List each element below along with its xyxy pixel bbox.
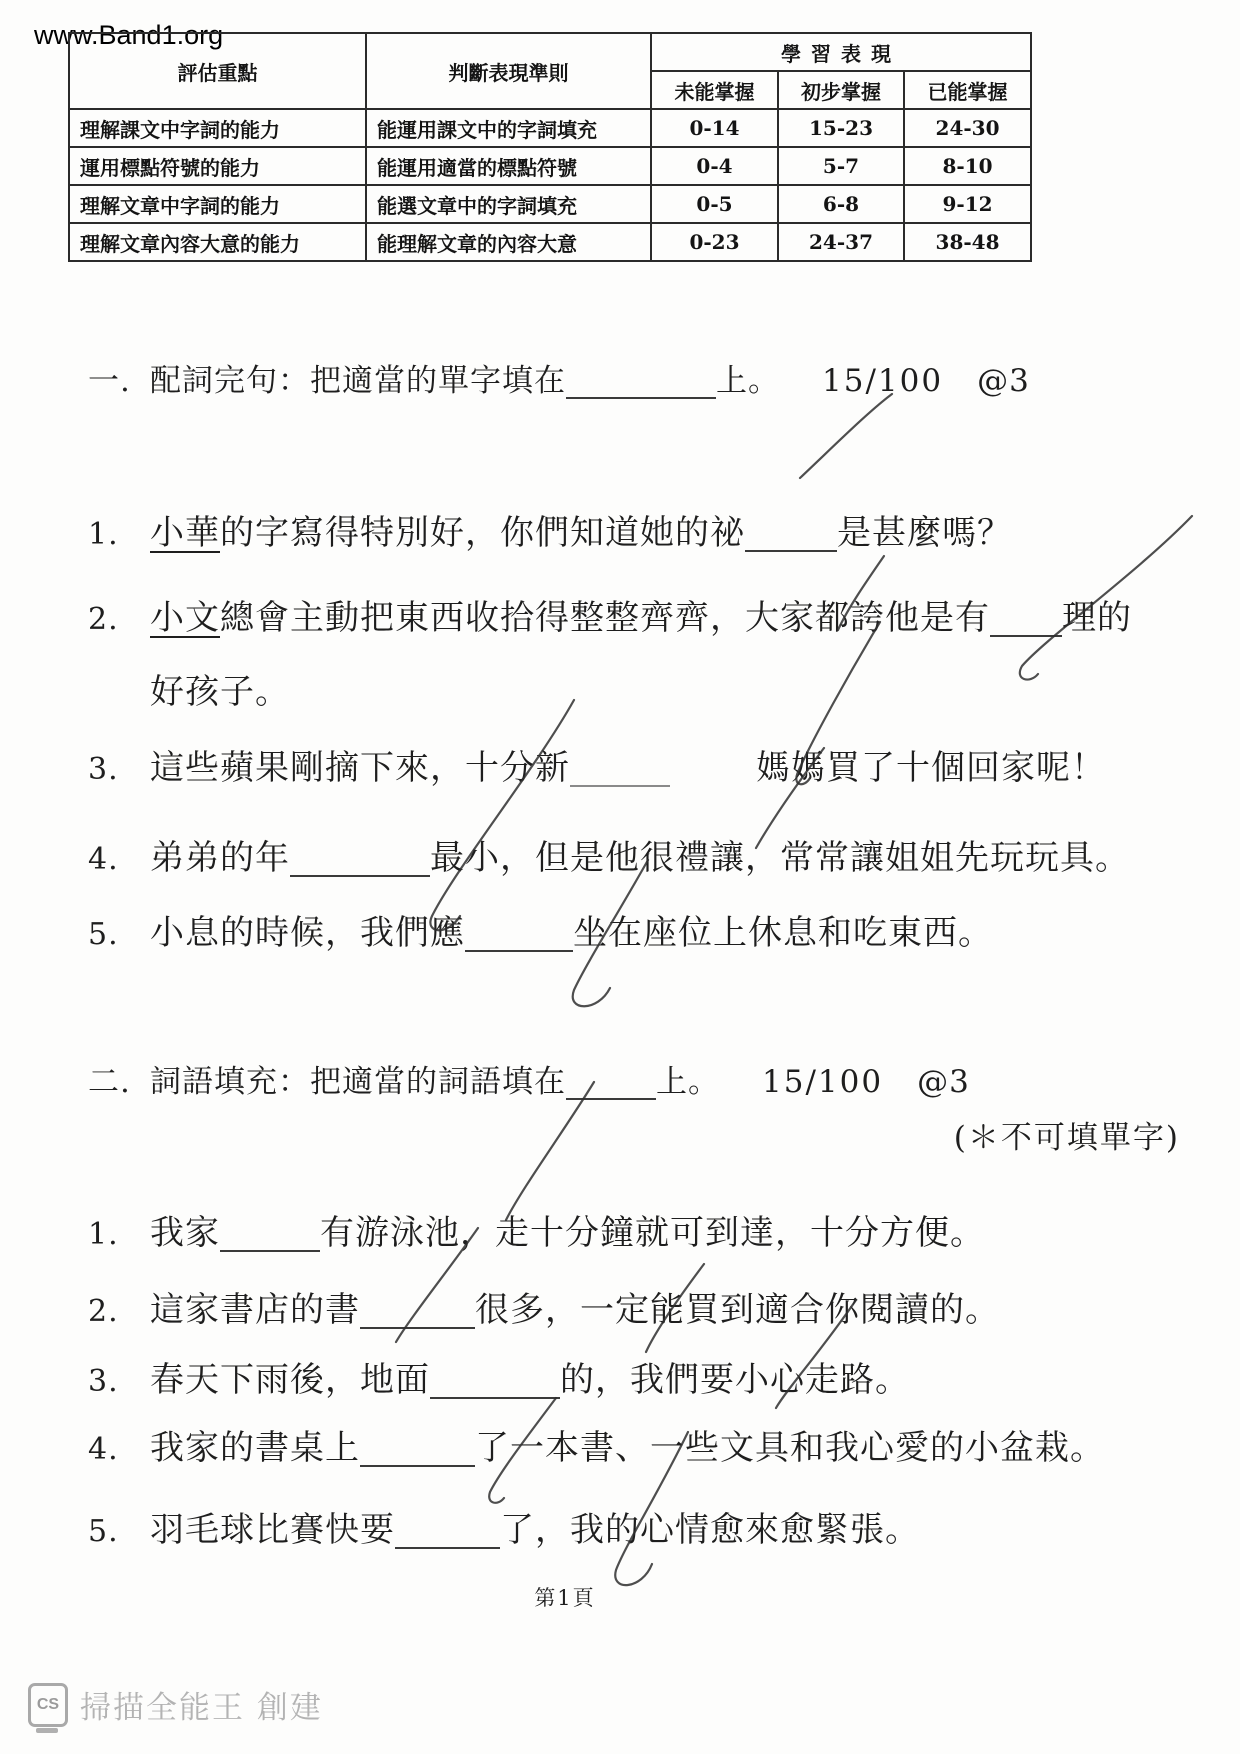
section-title: 配詞完句：把適當的單字填在 [150, 363, 566, 399]
scanned-exam-page: www.Band1.org 評估重點 判斷表現準則 學習表現 未能掌握 初步掌握… [0, 0, 1240, 1754]
cell-level: 8-10 [904, 147, 1031, 185]
question-text-pre: 小息的時候，我們應 [150, 913, 465, 953]
cell-focus: 運用標點符號的能力 [69, 147, 366, 185]
question-text-pre: 羽毛球比賽快要 [150, 1510, 395, 1550]
cell-level: 0-5 [651, 185, 778, 223]
cell-criteria: 能運用課文中的字詞填充 [366, 109, 651, 147]
question-number: 1. [88, 517, 150, 552]
cell-level: 24-30 [904, 109, 1031, 147]
question-line: 3.春天下雨後，地面的，我們要小心走路。 [88, 1352, 910, 1401]
column-header-criteria: 判斷表現準則 [366, 33, 651, 109]
question-text-pre: 我家的書桌上 [150, 1428, 360, 1468]
question-line: 2.這家書店的書很多，一定能買到適合你閱讀的。 [88, 1282, 1000, 1331]
fill-in-blank [360, 1431, 475, 1467]
assessment-rubric-table: 評估重點 判斷表現準則 學習表現 未能掌握 初步掌握 已能掌握 理解課文中字詞的… [68, 32, 1032, 262]
camscanner-icon: CS [28, 1683, 68, 1727]
cell-level: 0-14 [651, 109, 778, 147]
question-line: 1.小華的字寫得特別好，你們知道她的祕是甚麼嗎？ [88, 505, 1012, 554]
section-number: 一. [88, 355, 150, 400]
table-header-row: 評估重點 判斷表現準則 學習表現 [69, 33, 1031, 71]
handwritten-slash-mark [430, 700, 574, 930]
cell-focus: 理解文章中字詞的能力 [69, 185, 366, 223]
fill-in-blank [290, 841, 430, 877]
question-text-pre: 弟弟的年 [150, 838, 290, 878]
question-number: 5. [88, 917, 150, 952]
cell-focus: 理解文章內容大意的能力 [69, 223, 366, 261]
section-2-heading: 二.詞語填充：把適當的詞語填在上。15/100@3 [88, 1056, 970, 1101]
question-number: 1. [88, 1217, 150, 1252]
column-header-performance-group: 學習表現 [651, 33, 1031, 71]
fill-in-blank [430, 1363, 560, 1399]
cell-level: 15-23 [778, 109, 904, 147]
cell-criteria: 能選文章中的字詞填充 [366, 185, 651, 223]
question-text-post: 媽媽買了十個回家呢！ [756, 748, 1106, 788]
scanner-attribution-bar: CS 掃描全能王 創建 [28, 1682, 323, 1727]
question-text-post: 最小，但是他很禮讓，常常讓姐姐先玩玩具。 [430, 838, 1130, 878]
scanner-label: 掃描全能王 創建 [80, 1682, 323, 1727]
cell-criteria: 能運用適當的標點符號 [366, 147, 651, 185]
question-text-pre: 春天下雨後，地面 [150, 1360, 430, 1400]
cell-level: 0-23 [651, 223, 778, 261]
handwritten-slash-mark [506, 1082, 594, 1220]
cell-criteria: 能理解文章的內容大意 [366, 223, 651, 261]
cell-level: 9-12 [904, 185, 1031, 223]
table-row: 理解文章內容大意的能力 能理解文章的內容大意 0-23 24-37 38-48 [69, 223, 1031, 261]
question-text-post: 了，我的心情愈來愈緊張。 [500, 1510, 920, 1550]
section-score: 15/100 [822, 363, 943, 399]
column-header-mastered: 已能掌握 [904, 71, 1031, 109]
question-text-pre: 這些蘋果剛摘下來，十分新 [150, 748, 570, 788]
question-number: 3. [88, 752, 150, 787]
fill-in-blank [220, 1216, 320, 1252]
section-number: 二. [88, 1056, 150, 1101]
question-text-post: 坐在座位上休息和吃東西。 [573, 913, 993, 953]
fill-in-blank [570, 751, 670, 787]
question-text-post: 是甚麼嗎？ [837, 513, 1012, 553]
question-number: 4. [88, 842, 150, 877]
section-title: 詞語填充：把適當的詞語填在 [150, 1064, 566, 1100]
cell-level: 6-8 [778, 185, 904, 223]
section-per-item-score: @3 [977, 363, 1030, 399]
question-number: 2. [88, 602, 150, 637]
heading-blank-line [566, 363, 716, 399]
cell-focus: 理解課文中字詞的能力 [69, 109, 366, 147]
question-line: 2.小文總會主動把東西收拾得整整齊齊，大家都誇他是有理的 [88, 590, 1132, 639]
question-text-pre: 我家 [150, 1213, 220, 1253]
question-text-post: 的，我們要小心走路。 [560, 1360, 910, 1400]
question-number: 3. [88, 1364, 150, 1399]
question-text-post: 很多，一定能買到適合你閱讀的。 [475, 1290, 1000, 1330]
section-2-note: (＊不可填單字) [954, 1112, 1180, 1157]
page-number: 第1頁 [0, 1582, 1130, 1612]
cell-level: 38-48 [904, 223, 1031, 261]
fill-in-blank [465, 916, 573, 952]
fill-in-blank [395, 1513, 500, 1549]
question-number: 5. [88, 1514, 150, 1549]
column-header-partly-mastered: 初步掌握 [778, 71, 904, 109]
question-text-post: 了一本書、一些文具和我心愛的小盆栽。 [475, 1428, 1105, 1468]
question-line: 5.小息的時候，我們應坐在座位上休息和吃東西。 [88, 905, 993, 954]
underlined-name: 小華 [150, 513, 220, 553]
table-row: 運用標點符號的能力 能運用適當的標點符號 0-4 5-7 8-10 [69, 147, 1031, 185]
section-score: 15/100 [762, 1064, 883, 1100]
cell-level: 5-7 [778, 147, 904, 185]
question-number: 4. [88, 1432, 150, 1467]
section-1-heading: 一.配詞完句：把適當的單字填在上。15/100@3 [88, 355, 1030, 400]
question-text-post: 有游泳池，走十分鐘就可到達，十分方便。 [320, 1213, 985, 1253]
question-line: 4.我家的書桌上了一本書、一些文具和我心愛的小盆栽。 [88, 1420, 1105, 1469]
table-row: 理解課文中字詞的能力 能運用課文中的字詞填充 0-14 15-23 24-30 [69, 109, 1031, 147]
question-text-pre: 這家書店的書 [150, 1290, 360, 1330]
question-text-pre: 總會主動把東西收拾得整整齊齊，大家都誇他是有 [220, 598, 990, 638]
table-row: 理解文章中字詞的能力 能選文章中的字詞填充 0-5 6-8 9-12 [69, 185, 1031, 223]
column-header-not-mastered: 未能掌握 [651, 71, 778, 109]
question-line: 3.這些蘋果剛摘下來，十分新媽媽買了十個回家呢！ [88, 740, 1106, 789]
question-line: 1.我家有游泳池，走十分鐘就可到達，十分方便。 [88, 1205, 985, 1254]
handwritten-slash-mark [800, 394, 892, 478]
underlined-name: 小文 [150, 598, 220, 638]
question-continuation-line: 好孩子。 [150, 664, 290, 713]
column-header-focus: 評估重點 [69, 33, 366, 109]
question-text-post: 理的 [1062, 598, 1132, 638]
cell-level: 0-4 [651, 147, 778, 185]
question-number: 2. [88, 1294, 150, 1329]
section-title-tail: 上。 [716, 363, 780, 399]
fill-in-blank [360, 1293, 475, 1329]
section-title-tail: 上。 [656, 1064, 720, 1100]
cell-level: 24-37 [778, 223, 904, 261]
section-per-item-score: @3 [917, 1064, 970, 1100]
question-line: 4.弟弟的年最小，但是他很禮讓，常常讓姐姐先玩玩具。 [88, 830, 1130, 879]
fill-in-blank [745, 516, 837, 552]
question-text-pre: 的字寫得特別好，你們知道她的祕 [220, 513, 745, 553]
heading-blank-line [566, 1064, 656, 1100]
question-line: 5.羽毛球比賽快要了，我的心情愈來愈緊張。 [88, 1502, 920, 1551]
fill-in-blank [990, 601, 1062, 637]
